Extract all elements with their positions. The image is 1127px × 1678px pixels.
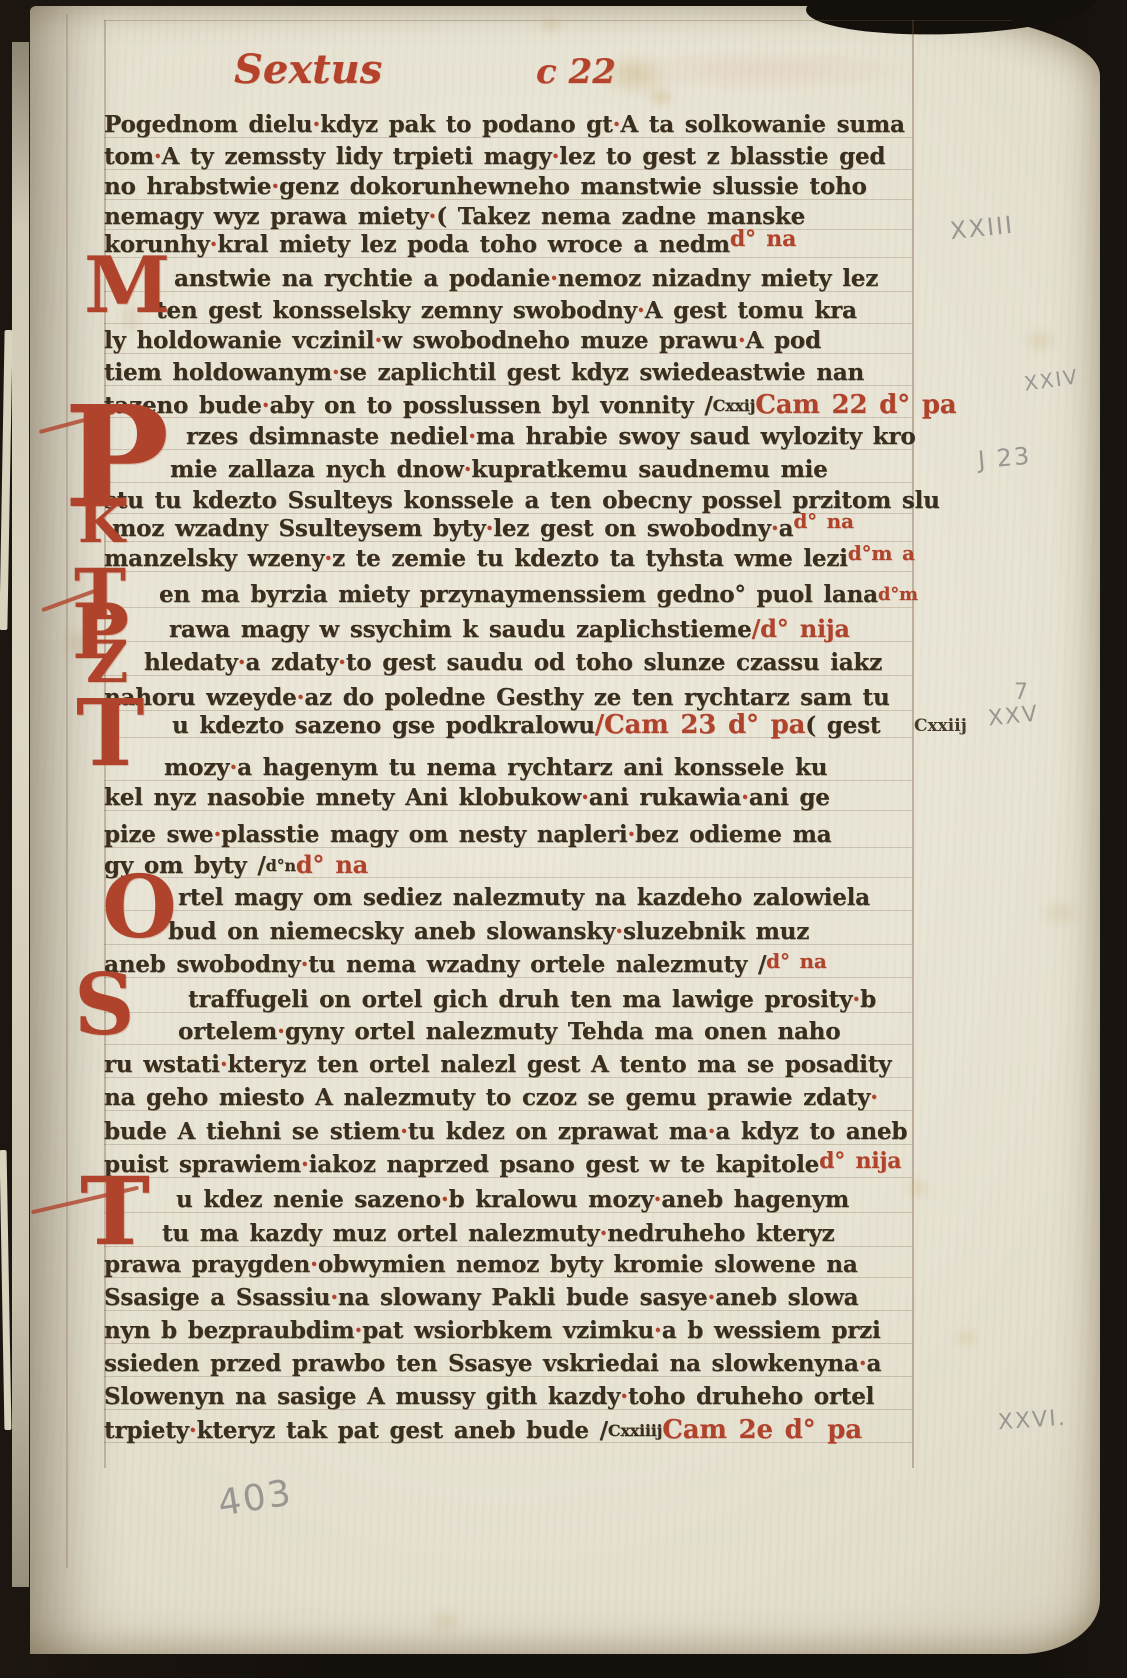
ink-text: hledaty [144, 648, 238, 678]
rubric-text: · [229, 753, 237, 783]
ink-text: a [779, 514, 794, 544]
ink-text: tu ma kazdy muz ortel nalezmuty [162, 1219, 599, 1249]
text-line: prawa praygden· obwymien nemoz byty krom… [104, 1250, 858, 1280]
parchment-stain [953, 1328, 979, 1348]
rubric-text: · [301, 1150, 309, 1180]
rubric-text: Cam 2e d° pa [662, 1415, 862, 1445]
rubric-text: · [627, 820, 635, 850]
text-line: ssieden przed prawbo ten Ssasye vskrieda… [104, 1349, 881, 1379]
ink-text: u kdez nenie sazeno [176, 1185, 441, 1215]
ink-text: anstwie na rychtie a podanie [174, 264, 550, 294]
rubric-text: /d° nija [752, 614, 850, 644]
parchment-stain [1022, 328, 1058, 354]
parchment-stain [646, 86, 676, 108]
ink-text: traffugeli on ortel gich druh ten ma law… [188, 985, 852, 1015]
chapter-number: c 22 [536, 52, 616, 92]
ink-text: ssieden przed prawbo ten Ssasye vskrieda… [104, 1349, 859, 1379]
rubric-initial: K [78, 502, 125, 544]
text-line: nahoru wzeyde· az do poledne Gesthy ze t… [104, 683, 889, 713]
ink-text: aneb hagenym [661, 1185, 849, 1215]
book-fore-edge [12, 42, 29, 1587]
pencil-note: XXVI. [997, 1406, 1067, 1436]
text-line: moz wzadny Ssulteysem byty· lez gest on … [112, 514, 854, 544]
text-line: no hrabstwie· genz dokorunhewneho manstw… [104, 172, 867, 202]
rubric-text: d°m a [848, 538, 915, 568]
parchment-stain [1038, 898, 1082, 928]
text-line: ru wstati· kteryz ten ortel nalezl gest … [104, 1050, 891, 1080]
page-edge-sliver [0, 330, 13, 630]
rubric-text: · [441, 1185, 449, 1215]
rubric-initial: T [76, 698, 144, 770]
ink-text: rtel magy om sediez nalezmuty na kazdeho… [178, 883, 870, 913]
text-line: ortelem· gyny ortel nalezmuty Tehda ma o… [178, 1017, 840, 1047]
ink-text: Ssasige a Ssassiu [104, 1283, 330, 1313]
ink-text: bude A tiehni se stiem [104, 1117, 400, 1147]
rubric-text: Cam 22 d° pa [755, 390, 956, 420]
rubric-text: · [374, 326, 382, 356]
rubric-text: d° na [296, 850, 368, 880]
ink-text: aby on to posslussen byl vonnity / [269, 391, 712, 421]
rubric-text: · [324, 544, 332, 574]
ink-text: kel nyz nasobie mnety Ani klobukow [104, 783, 581, 813]
text-line: hledaty· a zdaty· to gest saudu od toho … [144, 648, 882, 678]
ink-text: lez gest on swobodny [493, 514, 771, 544]
text-line: u kdez nenie sazeno· b kralowu mozy· ane… [176, 1185, 849, 1215]
text-line: tom· A ty zemssty lidy trpieti magy· lez… [104, 142, 885, 172]
ink-text: to gest saudu od toho slunze czassu iakz [346, 648, 882, 678]
ink-text: a kdyz to aneb [715, 1117, 907, 1147]
text-line: ten gest konsselsky zemny swobodny· A ge… [156, 296, 857, 326]
text-line: Ssasige a Ssassiu· na slowany Pakli bude… [104, 1283, 858, 1313]
text-line: tu ma kazdy muz ortel nalezmuty· nedruhe… [162, 1219, 835, 1249]
rubric-text: · [154, 142, 162, 172]
page-edge-sliver [0, 1150, 11, 1430]
ink-text: ma hrabie swoy saud wylozity kro [476, 422, 916, 452]
text-line: mozy· a hagenym tu nema rychtarz ani kon… [164, 753, 827, 783]
rubric-text: · [870, 1083, 878, 1113]
ruling-line [912, 20, 914, 1468]
parchment-stain [428, 1610, 462, 1632]
ink-text: nemagy wyz prawa miety [104, 202, 428, 232]
pencil-note: XXV [987, 701, 1041, 731]
rubric-text: · [338, 648, 346, 678]
text-line: nemagy wyz prawa miety· ( Takez nema zad… [104, 202, 805, 232]
rubric-text: · [332, 358, 340, 388]
ink-text: toho druheho ortel [628, 1382, 874, 1412]
rubric-initial: S [74, 972, 135, 1038]
ruling-line [104, 20, 1012, 21]
rubric-text: · [771, 514, 779, 544]
ink-text: pize swe [104, 820, 213, 850]
ink-text: ortelem [178, 1017, 277, 1047]
ink-text: A pod [746, 326, 821, 356]
rubric-initial: M [84, 256, 170, 317]
text-line: na geho miesto A nalezmuty to czoz se ge… [104, 1083, 878, 1113]
ink-margin-note: Cxxiij [914, 716, 967, 736]
ink-text: a b wessiem przi [662, 1316, 881, 1346]
rubric-text: · [620, 1382, 628, 1412]
ink-text: kdyz pak to podano gt [320, 110, 612, 140]
rubric-text: · [400, 1117, 408, 1147]
ink-text: bud on niemecsky aneb slowansky [168, 917, 615, 947]
rubric-text: d° na [766, 946, 826, 976]
ink-text: tu kdez on zprawat ma [408, 1117, 708, 1147]
ink-text: kteryz tak pat gest aneb bude / [197, 1416, 608, 1446]
text-line: tiem holdowanym· se zaplichtil gest kdyz… [104, 358, 864, 388]
ink-text: lez to gest z blasstie ged [559, 142, 885, 172]
rubric-text: · [615, 917, 623, 947]
rubric-text: d° nija [819, 1146, 901, 1176]
parchment-stain [538, 16, 564, 34]
ink-text: mozy [164, 753, 229, 783]
ink-text: kupratkemu saudnemu mie [471, 455, 827, 485]
ink-text: az do poledne Gesthy ze ten rychtarz sam… [304, 683, 889, 713]
text-line: kel nyz nasobie mnety Ani klobukow· ani … [104, 783, 830, 813]
rubric-text: · [277, 1017, 285, 1047]
ink-text: ten gest konsselsky zemny swobodny [156, 296, 637, 326]
text-line: aneb swobodny· tu nema wzadny ortele nal… [104, 950, 827, 980]
ink-text: nemoz nizadny miety lez [558, 264, 878, 294]
parchment-stain [600, 48, 920, 93]
rubric-text: · [468, 422, 476, 452]
ink-text: rawa magy w ssychim k saudu zaplichstiem… [169, 615, 752, 645]
ink-text: Slowenyn na sasige A mussy gith kazdy [104, 1382, 620, 1412]
ink-text: gyny ortel nalezmuty Tehda ma onen naho [285, 1017, 841, 1047]
text-line: mie zallaza nych dnow· kupratkemu saudne… [170, 455, 828, 485]
ink-text: ani ge [749, 783, 830, 813]
rubric-text: · [271, 172, 279, 202]
ink-text: nedruheho kteryz [607, 1219, 834, 1249]
ink-text: obwymien nemoz byty kromie slowene na [318, 1250, 858, 1280]
rubric-text: · [852, 985, 860, 1015]
text-line: bud on niemecsky aneb slowansky· sluzebn… [168, 917, 809, 947]
text-line: traffugeli on ortel gich druh ten ma law… [188, 985, 876, 1015]
text-line: en ma byrzia miety przynaymenssiem gedno… [159, 580, 918, 612]
pencil-note: 403 [215, 1472, 295, 1524]
text-line: Pogednom dielu· kdyz pak to podano gt· A… [104, 110, 905, 140]
ink-text: w swobodneho muze prawu [382, 326, 738, 356]
rubric-text: · [330, 1283, 338, 1313]
ink-text: tom [104, 142, 154, 172]
rubric-text: · [220, 1050, 228, 1080]
text-line: rzes dsimnaste nediel· ma hrabie swoy sa… [186, 422, 915, 452]
rubric-text: d° na [793, 506, 853, 536]
ink-text: a zdaty [245, 648, 338, 678]
ink-text: aneb slowa [715, 1283, 858, 1313]
ink-text: genz dokorunhewneho manstwie slussie toh… [279, 172, 867, 202]
ink-text: pat wsiorbkem vzimku [362, 1316, 654, 1346]
running-title: Sextus [234, 46, 382, 93]
rubric-text: · [312, 110, 320, 140]
rubric-text: · [550, 264, 558, 294]
rubric-text: · [581, 783, 589, 813]
ink-text: tu nema wzadny ortele nalezmuty / [308, 950, 766, 980]
pencil-note: J 23 [977, 442, 1032, 475]
ink-text: u kdezto sazeno gse podkralowu [172, 711, 595, 741]
pencil-note: 7 [1014, 680, 1030, 705]
ink-text: b [860, 985, 876, 1015]
ink-text: bez odieme ma [635, 820, 831, 850]
ink-text: no hrabstwie [104, 172, 271, 202]
ink-text: na geho miesto A nalezmuty to czoz se ge… [104, 1083, 870, 1113]
ink-text: ani rukawia [589, 783, 741, 813]
rubric-initial: O [102, 874, 177, 941]
ink-text: nyn b bezpraubdim [104, 1316, 354, 1346]
text-line: trpiety· kteryz tak pat gest aneb bude /… [104, 1415, 862, 1448]
ink-text: b kralowu mozy [449, 1185, 654, 1215]
ink-text: a [866, 1349, 881, 1379]
rubric-text: · [654, 1316, 662, 1346]
rubric-text: · [428, 202, 436, 232]
ink-text: A ty zemssty lidy trpieti magy [162, 142, 552, 172]
ink-text: sluzebnik muz [623, 917, 809, 947]
ink-text: A ta solkowanie suma [620, 110, 904, 140]
text-line: rawa magy w ssychim k saudu zaplichstiem… [169, 614, 850, 645]
ink-text: Cxxij [713, 391, 756, 421]
ink-text: z te zemie tu kdezto ta tyhsta wme lezi [332, 544, 848, 574]
text-line: bude A tiehni se stiem· tu kdez on zpraw… [104, 1117, 907, 1147]
text-line: nyn b bezpraubdim· pat wsiorbkem vzimku·… [104, 1316, 881, 1346]
pencil-note: XXIV [1023, 364, 1081, 395]
ink-text: en ma byrzia miety przynaymenssiem gedno… [159, 580, 878, 610]
text-line: Slowenyn na sasige A mussy gith kazdy· t… [104, 1382, 874, 1412]
text-line: korunhy· kral miety lez poda toho wroce … [104, 230, 796, 260]
ink-text: Cxxiiij [608, 1416, 662, 1446]
text-line: anstwie na rychtie a podanie· nemoz niza… [174, 264, 878, 294]
text-line: tazeno bude· aby on to posslussen byl vo… [104, 390, 956, 423]
ink-text: A gest tomu kra [645, 296, 857, 326]
ink-text: Pogednom dielu [104, 110, 312, 140]
rubric-text: · [637, 296, 645, 326]
ink-text: ru wstati [104, 1050, 220, 1080]
ink-text: rzes dsimnaste nediel [186, 422, 468, 452]
rubric-text: /Cam 23 d° pa [595, 710, 806, 740]
ink-text: mie zallaza nych dnow [170, 455, 464, 485]
rubric-text: d°m [878, 580, 918, 610]
ink-text: d°n [266, 851, 296, 881]
ink-text: ( gest [805, 711, 880, 741]
ink-text: kral miety lez poda toho wroce a nedm [217, 230, 729, 260]
text-line: pize swe· plasstie magy om nesty napleri… [104, 820, 831, 850]
manuscript-photo: { "page": { "header": { "title": "Sextus… [0, 0, 1127, 1678]
rubric-text: · [741, 783, 749, 813]
ink-text: trpiety [104, 1416, 189, 1446]
ink-text: iakoz naprzed psano gest w te kapitole [309, 1150, 819, 1180]
rubric-initial: T [80, 1176, 150, 1249]
text-line: manzelsky wzeny· z te zemie tu kdezto ta… [104, 544, 915, 574]
text-line: u kdezto sazeno gse podkralowu /Cam 23 d… [172, 710, 880, 741]
rubric-text: · [354, 1316, 362, 1346]
ink-text: na slowany Pakli bude sasye [338, 1283, 707, 1313]
rubric-text: · [738, 326, 746, 356]
ink-text: a hagenym tu nema rychtarz ani konssele … [237, 753, 827, 783]
rubric-text: · [189, 1416, 197, 1446]
text-line: ly holdowanie vczinil· w swobodneho muze… [104, 326, 821, 356]
rubric-text: d° na [730, 224, 796, 254]
text-line: rtel magy om sediez nalezmuty na kazdeho… [178, 883, 870, 913]
ink-text: manzelsky wzeny [104, 544, 324, 574]
ink-text: plasstie magy om nesty napleri [221, 820, 627, 850]
ruling-line [66, 14, 68, 1568]
ink-text: kteryz ten ortel nalezl gest A tento ma … [228, 1050, 892, 1080]
rubric-text: · [213, 820, 221, 850]
parchment-stain [903, 1176, 933, 1200]
ink-text: se zaplichtil gest kdyz swiedeastwie nan [340, 358, 865, 388]
rubric-text: · [310, 1250, 318, 1280]
text-line: puist sprawiem· iakoz naprzed psano gest… [104, 1150, 901, 1180]
pencil-note: XXIII [949, 211, 1016, 246]
manuscript-page: Sextus c 22 Pogednom dielu· kdyz pak to … [30, 6, 1100, 1654]
